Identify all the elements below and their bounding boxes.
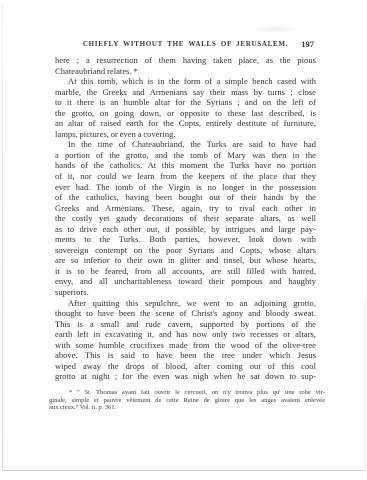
page-edge-right-line — [364, 300, 365, 470]
footnote: * " St. Thomas ayant fait ouvrir le cerc… — [49, 389, 325, 412]
paragraph-line: the grotto, on going down, or opposite t… — [55, 108, 316, 119]
paragraph-line: lamps, pictures, or even a covering. — [55, 129, 316, 140]
footnote-paragraph-line: * " St. Thomas ayant fait ouvrir le cerc… — [49, 389, 325, 397]
paragraph-line: of the catholics, having been bought out… — [55, 192, 316, 203]
paragraph-line: At this tomb, which is in the form of a … — [55, 76, 316, 87]
paragraph-line: a portion of the grotto, and the tomb of… — [55, 150, 316, 161]
paragraph-line: hands of the catholics. At this moment t… — [55, 160, 316, 171]
paragraph-line: In the time of Chateaubriand, the Turks … — [55, 139, 316, 150]
paragraph-line: of it, nor could we learn from the keepe… — [55, 171, 316, 182]
scan-smudge — [252, 26, 298, 32]
paragraph-line: an altar of raised earth for the Copts, … — [55, 118, 316, 129]
paragraph-line: above. This is said to have been the tre… — [55, 350, 316, 361]
paragraph-line: with some humble crucifixes made from th… — [55, 340, 316, 351]
paragraph-line: envy, and all uncharitableness toward th… — [55, 276, 316, 287]
book-page: CHIEFLY WITHOUT THE WALLS OF JERUSALEM. … — [0, 0, 367, 480]
footnote-paragraph: * " St. Thomas ayant fait ouvrir le cerc… — [49, 389, 325, 412]
footnote-paragraph-line: ginale, simple et pauvre vêtement de cet… — [49, 397, 325, 405]
running-title: CHIEFLY WITHOUT THE WALLS OF JERUSALEM. — [55, 40, 316, 48]
paragraph-line: ever had. The tomb of the Virgin is no l… — [55, 182, 316, 193]
paragraph-line: as to drive each other out, if possible,… — [55, 224, 316, 235]
paragraph: After quitting this sepulchre, we went t… — [55, 298, 316, 382]
paragraph-line: After quitting this sepulchre, we went t… — [55, 298, 316, 309]
paragraph-line: to it there is an humble altar for the S… — [55, 97, 316, 108]
paragraph-line: Greeks and Armenians. These, again, try … — [55, 203, 316, 214]
paragraph-line: the costly yet gaudy decorations of thei… — [55, 213, 316, 224]
page-edge-bottom-line — [2, 470, 365, 471]
paragraph: here ; a resurrection of them having tak… — [55, 55, 316, 76]
body-text: here ; a resurrection of them having tak… — [55, 55, 316, 382]
paragraph-line: Chateaubriand relates. * — [55, 66, 316, 77]
footnote-paragraph-line: aux cieux." Vol. ii. p. 361. — [49, 404, 325, 412]
paragraph-line: here ; a resurrection of them having tak… — [55, 55, 316, 66]
paragraph-line: earth left in excavating it, and has now… — [55, 329, 316, 340]
paragraph-line: ments to the Turks. Both parties, howeve… — [55, 234, 316, 245]
paragraph: At this tomb, which is in the form of a … — [55, 76, 316, 139]
page-number: 197 — [301, 39, 314, 49]
paragraph-line: This is a small and rude cavern, support… — [55, 319, 316, 330]
paragraph-line: are so inferior to their own in glitter … — [55, 255, 316, 266]
paragraph-line: superiors. — [55, 287, 316, 298]
paragraph-line: thought to have been the scene of Christ… — [55, 308, 316, 319]
paragraph-line: it is to be feared, from all accounts, a… — [55, 266, 316, 277]
paragraph-line: wiped away the drops of blood, after com… — [55, 361, 316, 372]
page-edge-left-line — [2, 4, 3, 470]
paragraph-line: sovereign contempt on the poor Syrians a… — [55, 245, 316, 256]
page-header: CHIEFLY WITHOUT THE WALLS OF JERUSALEM. … — [55, 40, 316, 50]
paragraph: In the time of Chateaubriand, the Turks … — [55, 139, 316, 297]
paragraph-line: marble, the Greeks and Armenians say the… — [55, 87, 316, 98]
paragraph-line: grotto at night ; for the even was nigh … — [55, 371, 316, 382]
